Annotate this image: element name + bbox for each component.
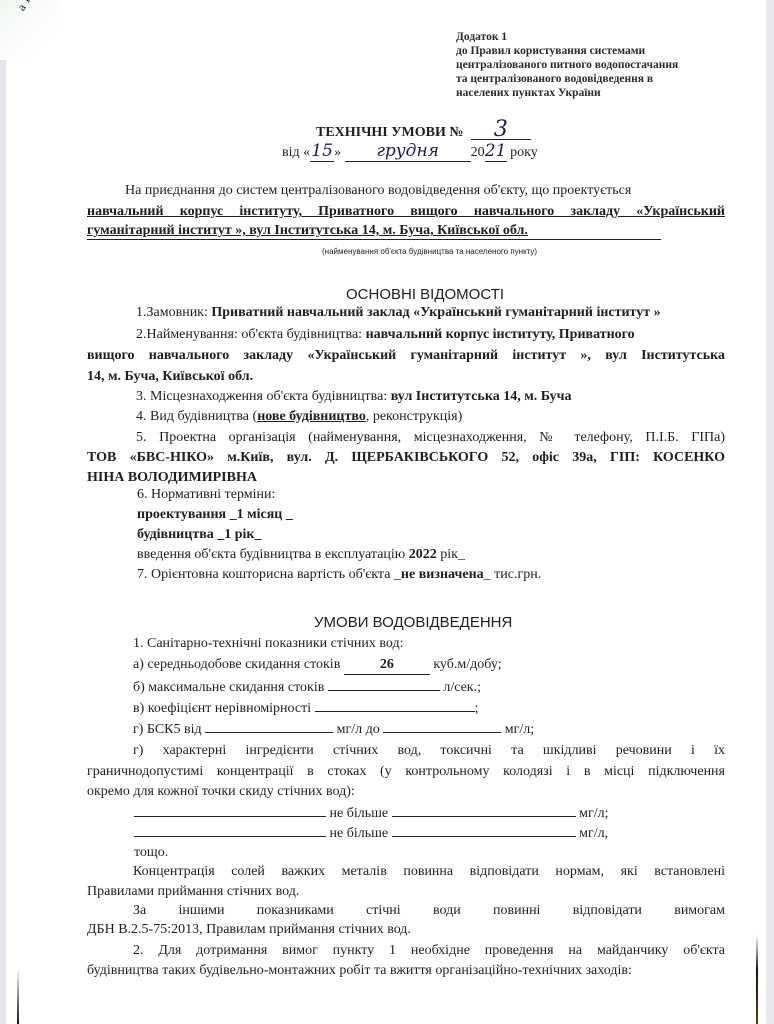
bod5-mid: мг/л до bbox=[337, 722, 380, 737]
commissioning-year: 2022 bbox=[409, 547, 437, 562]
appendix-line: та централізованого водовідведення в bbox=[456, 72, 678, 86]
limit-row: не більше мг/л; bbox=[134, 802, 608, 823]
date-quote: » bbox=[334, 145, 341, 160]
construction-type-rest: , реконструкція) bbox=[366, 409, 462, 424]
cost-value: не визначена bbox=[401, 567, 484, 582]
limit-unit: мг/л; bbox=[579, 806, 608, 821]
scan-streak-left bbox=[17, 968, 19, 1024]
limit-value bbox=[392, 822, 576, 837]
item-customer: 1.Замовник: Приватний навчальний заклад … bbox=[136, 303, 661, 322]
other-line2: ДБН В.2.5-75:2013, Правилам приймання ст… bbox=[87, 920, 411, 939]
document-number: 3 bbox=[471, 121, 531, 140]
etc-text: тощо. bbox=[134, 843, 168, 862]
object-name-line1: навчальний корпус інституту, Приватного … bbox=[87, 202, 725, 221]
cost-label: 7. Орієнтовна кошторисна вартість об'єкт… bbox=[137, 567, 401, 582]
item-design-org: 5. Проектна організація (найменування, м… bbox=[136, 428, 725, 447]
date-month: грудня bbox=[345, 141, 471, 162]
bod5-from bbox=[205, 718, 333, 733]
nonuniformity-label: в) коефіцієнт нерівномірності bbox=[133, 701, 311, 716]
date-prefix: від « bbox=[282, 145, 310, 160]
bod5-to bbox=[383, 718, 501, 733]
item-cost: 7. Орієнтовна кошторисна вартість об'єкт… bbox=[137, 565, 541, 584]
design-org-value-a: ТОВ «БВС-НІКО» м.Київ, вул. Д. ЩЕРБАКІВС… bbox=[87, 448, 725, 467]
daily-discharge-value: 26 bbox=[344, 655, 430, 675]
item-terms: 6. Нормативні терміни: bbox=[137, 485, 275, 504]
year-suffix: 21 bbox=[485, 141, 507, 162]
document-title: ТЕХНІЧНІ УМОВИ № 3 bbox=[316, 121, 531, 141]
row-daily-discharge: а) середньодобове скидання стоків 26 куб… bbox=[133, 655, 502, 675]
object-value-c: 14, м. Буча, Київської обл. bbox=[87, 367, 253, 386]
commissioning-unit: рік_ bbox=[440, 547, 465, 562]
limit-row: не більше мг/л, bbox=[134, 822, 608, 843]
row-bod5: г) БСК5 від мг/л до мг/л; bbox=[133, 718, 534, 739]
scan-left-edge bbox=[0, 0, 6, 1024]
bod5-unit: мг/л; bbox=[505, 722, 534, 737]
year-word: року bbox=[510, 145, 538, 160]
nonuniformity-unit: ; bbox=[475, 701, 479, 716]
section-heading-basic: ОСНОВНІ ВІДОМОСТІ bbox=[346, 285, 504, 304]
max-discharge-value bbox=[328, 676, 440, 691]
appendix-line: населених пунктах України bbox=[456, 86, 678, 100]
limit-value bbox=[392, 802, 576, 817]
limit-substance bbox=[134, 802, 326, 817]
max-discharge-unit: л/сек.; bbox=[443, 680, 481, 695]
object-name-line2: гуманітарний інститут », вул Інститутськ… bbox=[87, 222, 661, 240]
item-construction-type: 4. Вид будівництва (нове будівництво, ре… bbox=[136, 407, 462, 426]
drainage-item1: 1. Санітарно-технічні показники стічних … bbox=[133, 634, 404, 653]
ingredients-line3: окремо для кожної точки скиду стічних во… bbox=[87, 782, 355, 801]
metals-line1: Концентрація солей важких металів повинн… bbox=[133, 862, 725, 881]
term-design: проектування _1 місяц _ bbox=[137, 505, 293, 524]
appendix-title: Додаток 1 bbox=[456, 30, 678, 44]
object-value-b: вищого навчального закладу «Український … bbox=[87, 346, 725, 365]
appendix-line: централізованого питного водопостачання bbox=[456, 58, 678, 72]
daily-discharge-unit: куб.м/добу; bbox=[433, 657, 501, 672]
row-max-discharge: б) максимальне скидання стоків л/сек.; bbox=[133, 676, 481, 697]
page-fold-corner bbox=[0, 0, 60, 60]
daily-discharge-label: а) середньодобове скидання стоків bbox=[133, 657, 340, 672]
item-location: 3. Місцезнаходження об'єкта будівництва:… bbox=[136, 387, 572, 406]
metals-line2: Правилами приймання стічних вод. bbox=[87, 882, 299, 901]
ingredients-line2: граничнодопустимі концентрації в стоках … bbox=[87, 762, 725, 781]
drainage-item2-line2: будівництва таких будівельно-монтажних р… bbox=[87, 961, 632, 980]
object-label: 2.Найменування: об'єкта будівництва: bbox=[136, 327, 362, 342]
section-heading-drainage: УМОВИ ВОДОВІДВЕДЕННЯ bbox=[314, 613, 512, 632]
appendix-line: до Правил користування системами bbox=[456, 44, 678, 58]
object-value-a: навчальний корпус інституту, Приватного bbox=[366, 327, 635, 342]
customer-value: Приватний навчальний заклад «Український… bbox=[211, 305, 660, 320]
cost-unit: _ тис.грн. bbox=[484, 567, 542, 582]
limit-substance bbox=[134, 822, 326, 837]
max-discharge-label: б) максимальне скидання стоків bbox=[133, 680, 324, 695]
item-object-name: 2.Найменування: об'єкта будівництва: нав… bbox=[136, 325, 635, 344]
scan-streak-right bbox=[756, 935, 758, 1024]
construction-type-selected: нове будівництво bbox=[257, 409, 366, 424]
drainage-item2-line1: 2. Для дотримання вимог пункту 1 необхід… bbox=[133, 941, 725, 960]
limit-unit: мг/л, bbox=[579, 826, 608, 841]
term-construction: будівництва _1 рік_ bbox=[137, 525, 262, 544]
other-line1: За іншими показниками стічні води повинн… bbox=[133, 901, 725, 920]
construction-type-label: 4. Вид будівництва ( bbox=[136, 409, 257, 424]
date-day: 15 bbox=[310, 141, 334, 162]
year-prefix: 20 bbox=[471, 145, 485, 160]
nonuniformity-value bbox=[315, 697, 475, 712]
commissioning-label: введення об'єкта будівництва в експлуата… bbox=[137, 547, 405, 562]
location-value: вул Інститутська 14, м. Буча bbox=[391, 389, 572, 404]
intro-line: На приєднання до систем централізованого… bbox=[125, 181, 631, 200]
limit-word: не більше bbox=[330, 826, 389, 841]
title-prefix: ТЕХНІЧНІ УМОВИ № bbox=[316, 125, 463, 140]
object-name-text: гуманітарний інститут », вул Інститутськ… bbox=[87, 223, 528, 238]
scan-right-edge bbox=[766, 0, 774, 1024]
document-date: від «15» грудня2021 року bbox=[282, 141, 538, 162]
ingredients-line1: г) характерні інгредієнти стічних вод, т… bbox=[133, 741, 725, 760]
location-label: 3. Місцезнаходження об'єкта будівництва: bbox=[136, 389, 387, 404]
row-nonuniformity: в) коефіцієнт нерівномірності ; bbox=[133, 697, 479, 718]
customer-label: 1.Замовник: bbox=[136, 305, 208, 320]
appendix-note: Додаток 1 до Правил користування система… bbox=[456, 30, 678, 100]
bod5-label: г) БСК5 від bbox=[133, 722, 202, 737]
term-commissioning: введення об'єкта будівництва в експлуата… bbox=[137, 545, 465, 564]
limit-word: не більше bbox=[330, 806, 389, 821]
object-caption: (найменування об'єкта будівництва та нас… bbox=[322, 242, 537, 261]
